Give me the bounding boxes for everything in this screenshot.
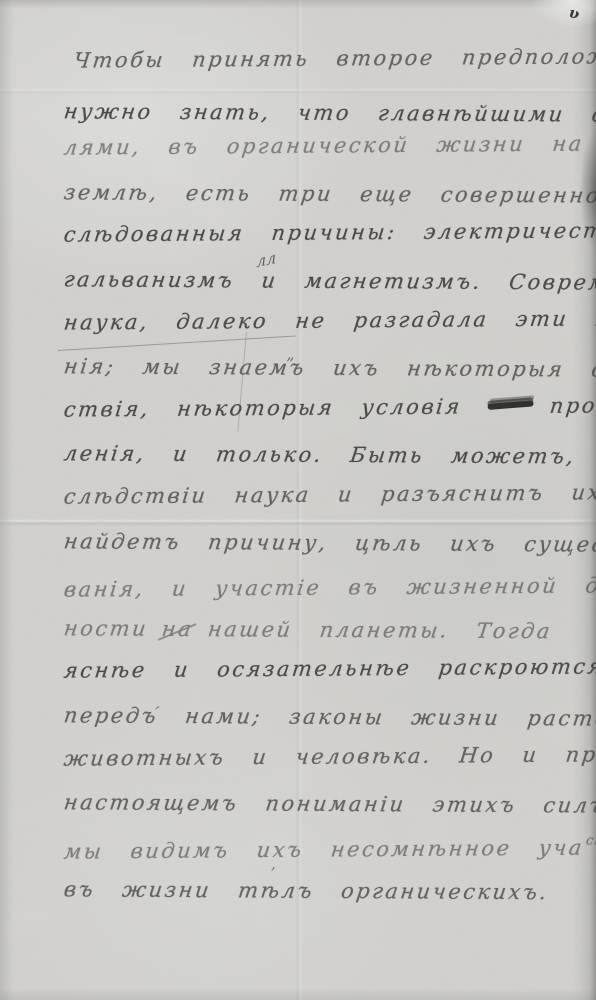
manuscript-line: лями, въ органической жизни на <box>0 127 596 175</box>
manuscript-page: Чтобы принять второе предположеніе нужно… <box>0 0 596 1000</box>
manuscript-line: ствія, нѣкоторыя условіяпрояв- <box>0 388 596 436</box>
crossed-out-word: на <box>160 612 196 646</box>
manuscript-line: яснѣе и осязательнѣе раскроются <box>0 650 596 698</box>
superscript-correction: стіе <box>584 824 596 858</box>
strikethrough-scribble <box>487 400 533 410</box>
manuscript-line: ванія, и участіе въ жизненной дѣятель <box>0 563 596 611</box>
manuscript-line: мы видимъ ихъ несомнѣнное участіе <box>0 824 596 872</box>
stray-apostrophe-mark: ʼ <box>270 864 275 883</box>
manuscript-line: Чтобы принять второе предположеніе <box>0 39 596 87</box>
manuscript-line: въ жизни тѣлъ органическихъ. <box>0 872 596 919</box>
corner-ink-mark: ʋ <box>568 3 581 22</box>
manuscript-line: животныхъ и человѣка. Но и при <box>0 737 596 785</box>
manuscript-line: наука, далеко не разгадала эти явле- <box>0 301 596 349</box>
caret-mark: ˏ <box>154 686 161 711</box>
ditto-mark: ” <box>286 354 294 373</box>
manuscript-line: слѣдствіи наука и разъяснитъ ихъ, <box>0 475 596 523</box>
manuscript-text: Чтобы принять второе предположеніе нужно… <box>0 44 596 916</box>
manuscript-line: слѣдованныя причины: электричество, <box>0 214 596 262</box>
